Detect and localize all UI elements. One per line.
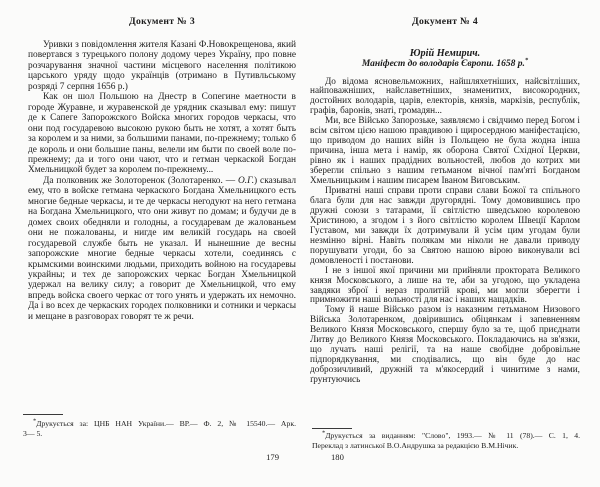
page-number-180: 180 (331, 452, 344, 462)
page-number-179: 179 (266, 452, 279, 462)
doc4-body: До відома ясновельможних, найшляхетніших… (310, 78, 580, 387)
doc3-paragraph-3: Да полковник же Золоторенок (Золотаренко… (28, 176, 296, 322)
doc4-title-block: Юрій Немирич. Маніфест до володарів Євро… (310, 48, 580, 71)
doc3-footnote-line1: *Друкується за: ЦНБ НАН України.— ВР.— Ф… (23, 419, 296, 429)
doc4-title: Маніфест до володарів Європи. 1658 р.* (310, 59, 580, 71)
doc3-header: Документ № 3 (28, 16, 296, 27)
doc3-footnote-rule (23, 414, 63, 415)
doc3-paragraph-2: Как он шол Польшою на Днестр в Сопегине … (28, 92, 296, 176)
doc4-header: Документ № 4 (310, 16, 580, 27)
doc3-paragraph-3-continuation: ) сказывал ему, что в войске гетмана чер… (28, 176, 296, 322)
doc4-paragraph-4: І не з іншої якої причини ми прийняли пр… (310, 267, 580, 307)
doc4-title-footnote-marker: * (525, 57, 528, 64)
doc3-footnote-line2: 3— 5. (23, 429, 296, 439)
page-180: Документ № 4 Юрій Немирич. Маніфест до в… (310, 0, 580, 487)
doc4-author: Юрій Немирич. (310, 48, 580, 59)
doc4-footnote-rule (312, 428, 352, 429)
book-spread: Документ № 3 Уривки з повідомлення жител… (0, 0, 600, 487)
doc4-footnote-source: Друкується за виданням: "Слово", 1993.— … (325, 431, 580, 440)
doc4-paragraph-3: Приватні наші справи проти справи слави … (310, 187, 580, 267)
doc3-editor-initials: О.Г. (238, 176, 254, 186)
doc3-footnote-source: Друкується за: ЦНБ НАН України.— ВР.— Ф.… (36, 419, 296, 428)
doc3-body: Уривки з повідомлення жителя Казані Ф.Но… (28, 40, 296, 322)
doc3-footnote: *Друкується за: ЦНБ НАН України.— ВР.— Ф… (23, 419, 296, 439)
doc4-paragraph-1: До відома ясновельможних, найшляхетніших… (310, 78, 580, 118)
doc3-paragraph-3-text: Да полковник же Золоторенок (Золотаренко… (43, 176, 238, 186)
doc3-paragraph-1: Уривки з повідомлення жителя Казані Ф.Но… (28, 40, 296, 92)
doc4-title-text: Маніфест до володарів Європи. 1658 р. (362, 59, 525, 69)
page-179: Документ № 3 Уривки з повідомлення жител… (28, 0, 296, 487)
doc4-paragraph-2: Ми, все Військо Запорозьке, заявляємо і … (310, 117, 580, 187)
doc4-footnote-line2: Переклад з латинської В.О.Андрушка за ре… (312, 441, 580, 451)
doc4-footnote: *Друкується за виданням: "Слово", 1993.—… (312, 431, 580, 451)
doc4-paragraph-5: Тому й наше Військо разом із наказним ге… (310, 306, 580, 386)
doc4-footnote-line1: *Друкується за виданням: "Слово", 1993.—… (312, 431, 580, 441)
